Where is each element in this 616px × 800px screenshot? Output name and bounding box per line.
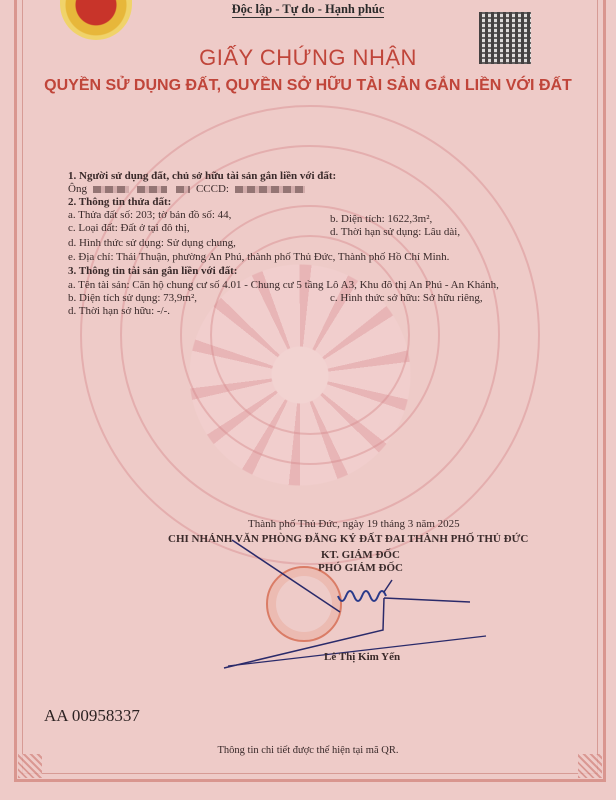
footer-note: Thông tin chi tiết được thể hiện tại mã …	[0, 745, 616, 756]
signature-icon	[0, 0, 616, 800]
certificate-page: Độc lập - Tự do - Hạnh phúc GIẤY CHỨNG N…	[0, 0, 616, 800]
serial-number: AA 00958337	[44, 706, 140, 726]
signer-name: Lê Thị Kim Yến	[324, 651, 400, 663]
